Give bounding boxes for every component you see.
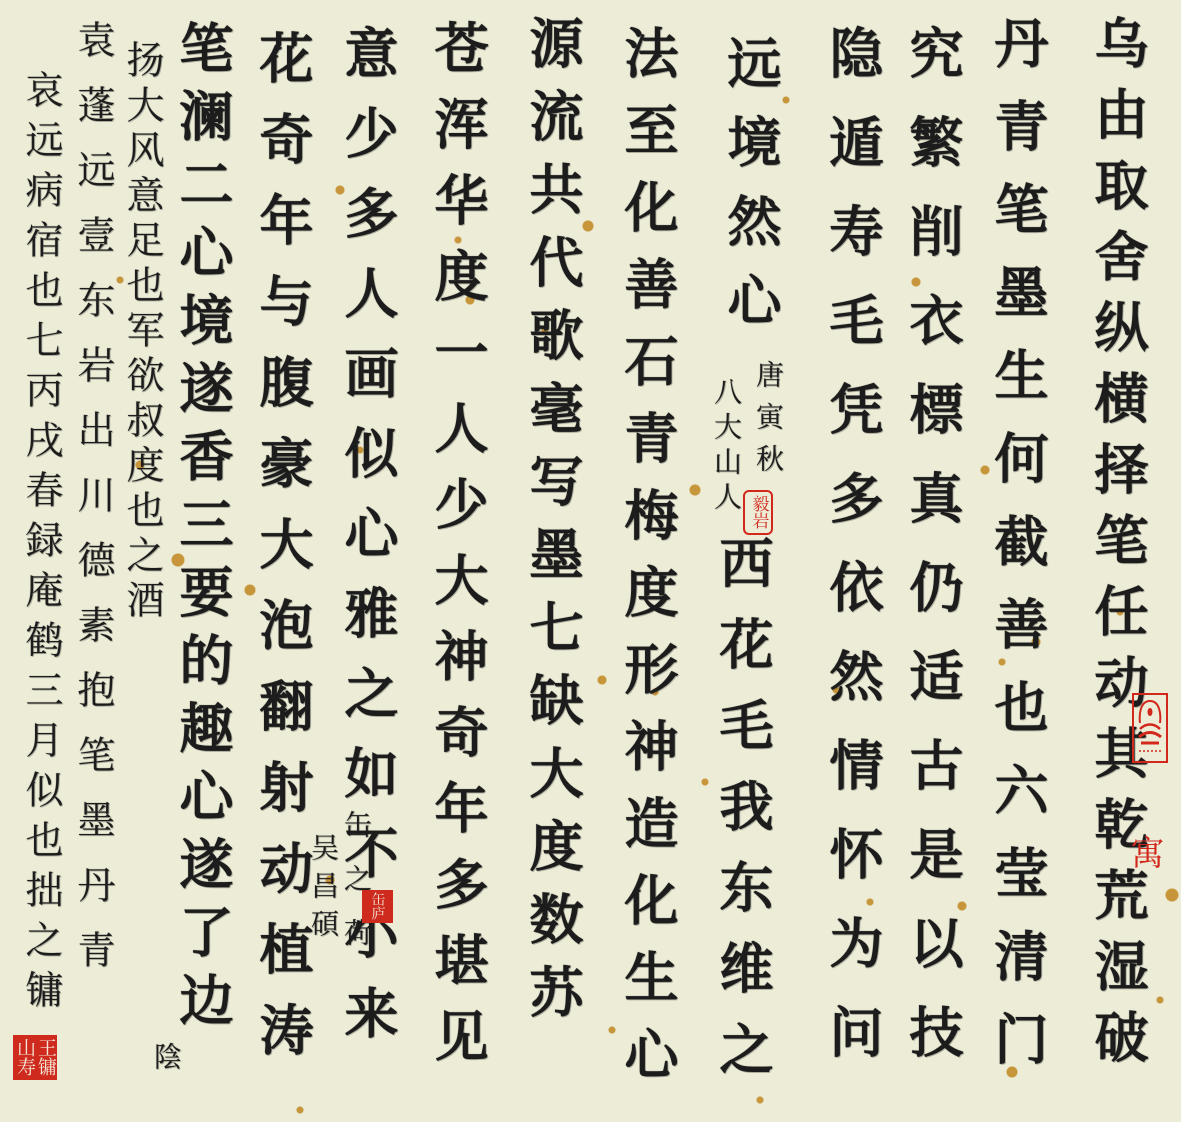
annotation-tang-yin: 唐寅秋 bbox=[750, 360, 782, 486]
seal-seated-figure bbox=[1132, 693, 1168, 763]
colophon-column-2: 袁蓬远壹东岩出川德素抱笔墨丹青 bbox=[70, 20, 112, 995]
colophon-text: 哀远病宿也七丙戌春録庵鹤三月似也拙之镛 bbox=[19, 70, 63, 1020]
seated-figure-icon bbox=[1134, 695, 1166, 761]
colophon-column-1: 扬大风意足也军欲叔度也之酒 bbox=[119, 40, 161, 625]
column-text: 法至化善石青梅度形神造化生心 bbox=[616, 25, 680, 1103]
annotation-text: 吴昌碩 bbox=[307, 833, 340, 947]
text-column-3: 究繁削衣標真仍适古是以技 bbox=[900, 25, 960, 1093]
text-column-11: 笔澜二心境遂香三要的趣心遂了边 bbox=[170, 20, 230, 1040]
seal-text: 王镛山寿 bbox=[14, 1036, 56, 1078]
column-text: 笔澜二心境遂香三要的趣心遂了边 bbox=[171, 20, 235, 1040]
colophon-signature-column: 哀远病宿也七丙戌春録庵鹤三月似也拙之镛 bbox=[18, 70, 60, 1020]
seal-text: 寓 bbox=[1127, 835, 1161, 869]
text-column-4: 隐遁寿毛凭多依然情怀为问 bbox=[820, 25, 880, 1093]
annotation-text: 八大山人 bbox=[710, 377, 743, 517]
seal-yu: 寓 bbox=[1127, 827, 1163, 877]
seal-wang-yong: 王镛山寿 bbox=[13, 1035, 57, 1080]
column-text: 丹青笔墨生何截善也六莹清门 bbox=[986, 15, 1050, 1094]
colophon-text: 扬大风意足也军欲叔度也之酒 bbox=[120, 40, 164, 625]
annotation-text: 唐寅秋 bbox=[752, 360, 785, 486]
text-column-5-upper: 远境然心 bbox=[718, 35, 778, 351]
column-text: 苍浑华度一人少大神奇年多堪见 bbox=[426, 20, 490, 1084]
seal-text: 缶庐 bbox=[371, 892, 385, 920]
colophon-text: 袁蓬远壹东岩出川德素抱笔墨丹青 bbox=[71, 20, 115, 995]
seal-text: 毅岩 bbox=[750, 495, 767, 529]
column-text: 西花毛我东维之 bbox=[711, 535, 775, 1102]
annotation-wu-changshuo: 吴昌碩 bbox=[305, 833, 337, 947]
seal-fou-lu: 缶庐 bbox=[362, 890, 393, 923]
text-column-5-lower: 西花毛我东维之 bbox=[710, 535, 770, 1102]
seal-yi-yan: 毅岩 bbox=[743, 490, 773, 535]
column-text: 隐遁寿毛凭多依然情怀为问 bbox=[821, 25, 885, 1093]
column-text: 究繁削衣標真仍适古是以技 bbox=[901, 25, 965, 1093]
text-column-2: 丹青笔墨生何截善也六莹清门 bbox=[985, 15, 1045, 1094]
column-text: 远境然心 bbox=[719, 35, 783, 351]
text-column-1: 乌由取舍纵横择笔任动其乾荒湿破 bbox=[1085, 15, 1145, 1080]
calligraphy-artwork: 乌由取舍纵横择笔任动其乾荒湿破 丹青笔墨生何截善也六莹清门 究繁削衣標真仍适古是… bbox=[0, 0, 1181, 1122]
annotation-bada-shanren: 八大山人 bbox=[708, 377, 740, 517]
text-column-8: 苍浑华度一人少大神奇年多堪见 bbox=[425, 20, 485, 1084]
column-text: 乌由取舍纵横择笔任动其乾荒湿破 bbox=[1086, 15, 1150, 1080]
text-column-7: 源流共代歌毫写墨七缺大度数苏 bbox=[520, 15, 580, 1037]
annotation-text: 陰 bbox=[150, 1042, 183, 1070]
text-column-10: 花奇年与腹豪大泡翻射动植涛 bbox=[250, 30, 310, 1083]
column-text: 源流共代歌毫写墨七缺大度数苏 bbox=[521, 15, 585, 1037]
annotation-small-character: 陰 bbox=[148, 1042, 180, 1070]
text-column-6: 法至化善石青梅度形神造化生心 bbox=[615, 25, 675, 1103]
